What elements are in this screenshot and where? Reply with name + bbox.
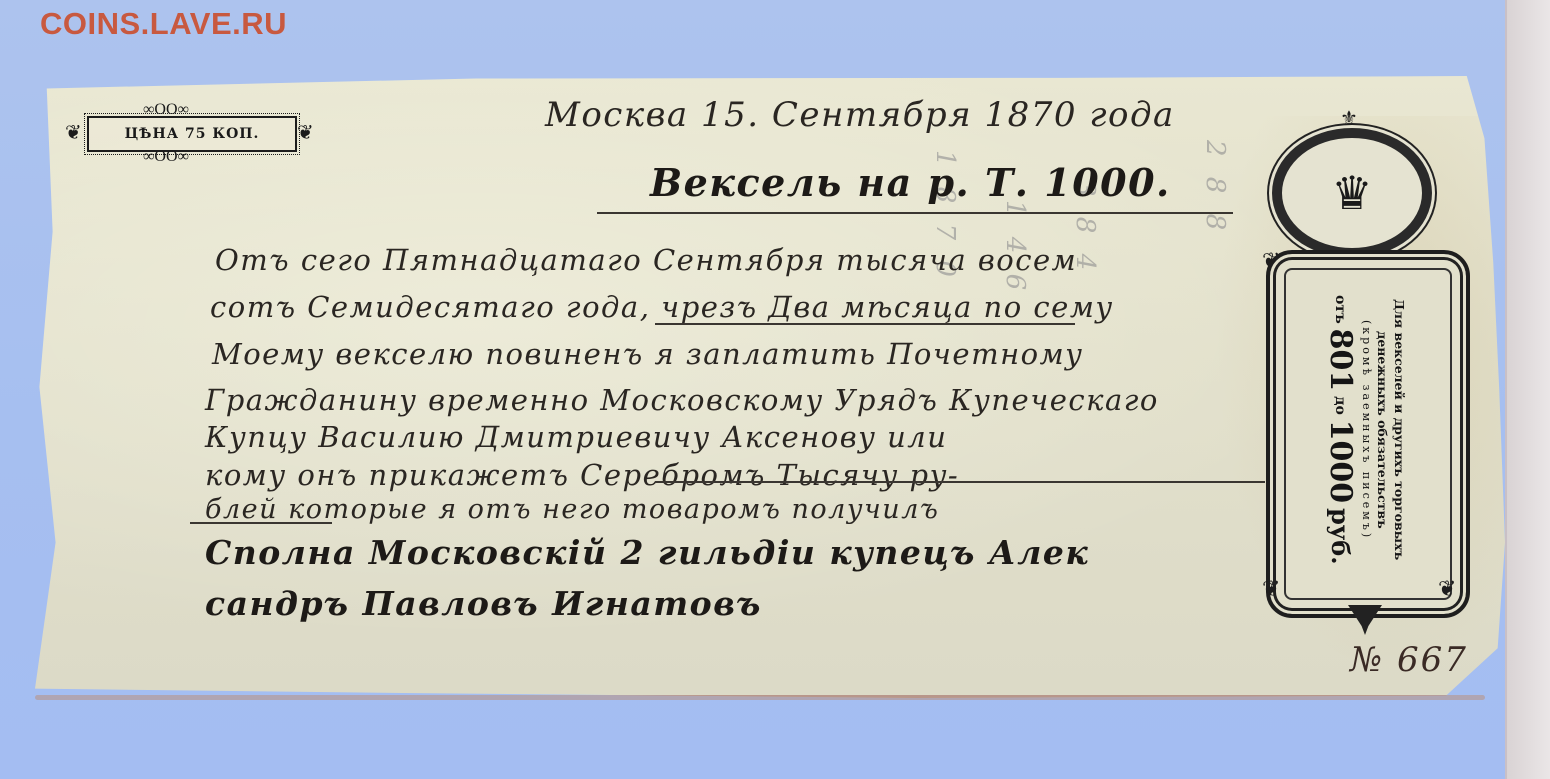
title-underline bbox=[597, 212, 1233, 214]
body-end-underline bbox=[190, 522, 332, 524]
body-line-3: Моему векселю повиненъ я заплатить Почет… bbox=[212, 337, 1084, 371]
stamp-text: Для векселей и другихъ торговыхъ денежны… bbox=[1290, 278, 1440, 582]
price-text: ЦѢНА 75 КОП. bbox=[87, 116, 297, 152]
range-to: 1000 bbox=[1323, 420, 1358, 504]
pencil-note: 2 8 8 bbox=[1200, 140, 1230, 236]
signature-line-2: сандръ Павловъ Игнатовъ bbox=[205, 584, 762, 623]
body-line-1: Отъ сего Пятнадцатаго Сентября тысяча во… bbox=[215, 243, 1077, 277]
body-line-7: блей которые я отъ него товаромъ получил… bbox=[205, 494, 939, 525]
serial-number: № 667 bbox=[1350, 640, 1468, 680]
double-headed-eagle-icon: ♛ bbox=[1331, 166, 1372, 220]
body-line-5: Купцу Василию Дмитриевичу Аксенову или bbox=[205, 420, 947, 454]
place-date: Москва 15. Сентября 1870 года bbox=[545, 95, 1175, 135]
body-line-2: сотъ Семидесятаго года, чрезъ Два мѣсяца… bbox=[210, 290, 1114, 324]
note-title: Вексель на р. Т. 1000. bbox=[650, 160, 1171, 205]
scroll-ornament-icon: ❦ bbox=[1438, 578, 1456, 600]
range-mid: до bbox=[1332, 396, 1348, 415]
price-label: ∞OO∞ ❦ ЦѢНА 75 КОП. ❦ ∞OO∞ bbox=[65, 103, 315, 163]
stamp-line-3: (кромѣ заемныхъ писемъ) bbox=[1360, 278, 1373, 582]
backing-sheet bbox=[1505, 0, 1550, 779]
paper-edge bbox=[35, 695, 1485, 700]
revenue-stamp: ⚜ ♛ ❦ ❦ Для векселей и другихъ торговыхъ… bbox=[1262, 100, 1472, 640]
range-prefix: отъ bbox=[1332, 295, 1348, 324]
term-underline bbox=[655, 323, 1075, 325]
amount-underline bbox=[655, 481, 1265, 483]
site-watermark: COINS.LAVE.RU bbox=[40, 6, 287, 42]
ornament-bottom-icon: ∞OO∞ bbox=[143, 149, 189, 165]
range-unit: руб. bbox=[1326, 508, 1355, 565]
ornament-right-icon: ❦ bbox=[297, 123, 314, 143]
range-from: 801 bbox=[1323, 329, 1358, 392]
photo-stage: COINS.LAVE.RU ∞OO∞ ❦ ЦѢНА 75 КОП. ❦ ∞OO∞… bbox=[0, 0, 1550, 779]
stamp-line-2: денежныхъ обязательствъ bbox=[1375, 278, 1390, 582]
body-line-4: Гражданину временно Московскому Урядъ Ку… bbox=[205, 383, 1159, 417]
body-line-6: кому онъ прикажетъ Серебромъ Тысячу ру- bbox=[205, 458, 959, 492]
signature-line-1: Сполна Московскій 2 гильдіи купецъ Алек bbox=[205, 533, 1089, 572]
ornament-left-icon: ❦ bbox=[65, 123, 82, 143]
scroll-ornament-icon: ❦ bbox=[1262, 578, 1280, 600]
stamp-range: отъ 801 до 1000 руб. bbox=[1323, 278, 1358, 582]
stamp-line-1: Для векселей и другихъ торговыхъ bbox=[1392, 278, 1407, 582]
finial-ornament-icon bbox=[1348, 605, 1382, 635]
eagle-medallion: ♛ bbox=[1272, 128, 1432, 258]
